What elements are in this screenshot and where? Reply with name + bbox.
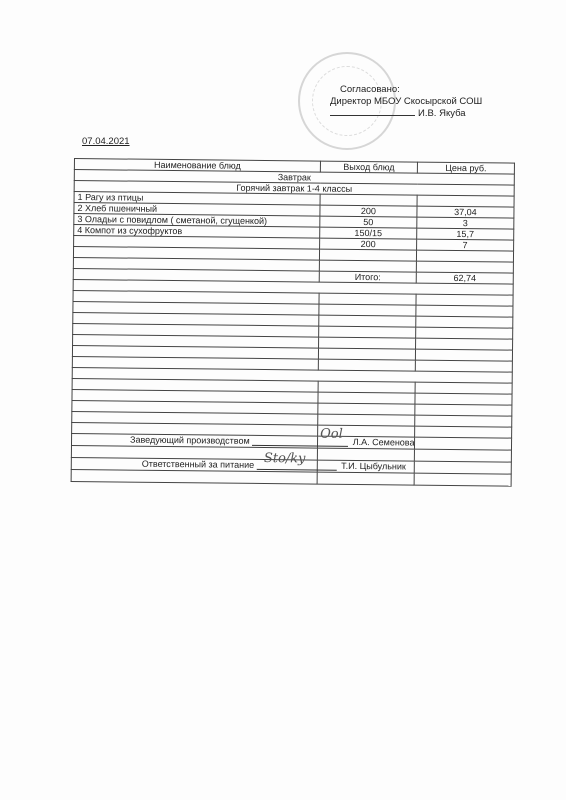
- production-head-name: Л.А. Семенова: [351, 437, 415, 448]
- nutrition-title: Ответственный за питание: [142, 459, 254, 470]
- production-head-signature: Ool: [320, 430, 343, 440]
- menu-sheet: Наименование блюд Выход блюд Цена руб. З…: [71, 158, 514, 487]
- nutrition-signature: Sto/ky: [264, 454, 306, 464]
- nutrition-name: Т.И. Цыбульник: [339, 461, 406, 472]
- production-head-title: Заведующий производством: [130, 435, 250, 446]
- approval-label: Согласовано:: [330, 84, 482, 96]
- approval-signature-line: [330, 115, 415, 116]
- document-date: 07.04.2021: [82, 136, 130, 147]
- menu-table: Наименование блюд Выход блюд Цена руб. З…: [71, 158, 515, 487]
- production-head-signature-line: [252, 445, 348, 447]
- approval-position: Директор МБОУ Скосырской СОШ: [330, 96, 482, 108]
- approval-name: И.В. Якуба: [418, 108, 466, 119]
- nutrition-signature-line: [257, 469, 337, 471]
- approval-block: Согласовано: Директор МБОУ Скосырской СО…: [330, 84, 482, 120]
